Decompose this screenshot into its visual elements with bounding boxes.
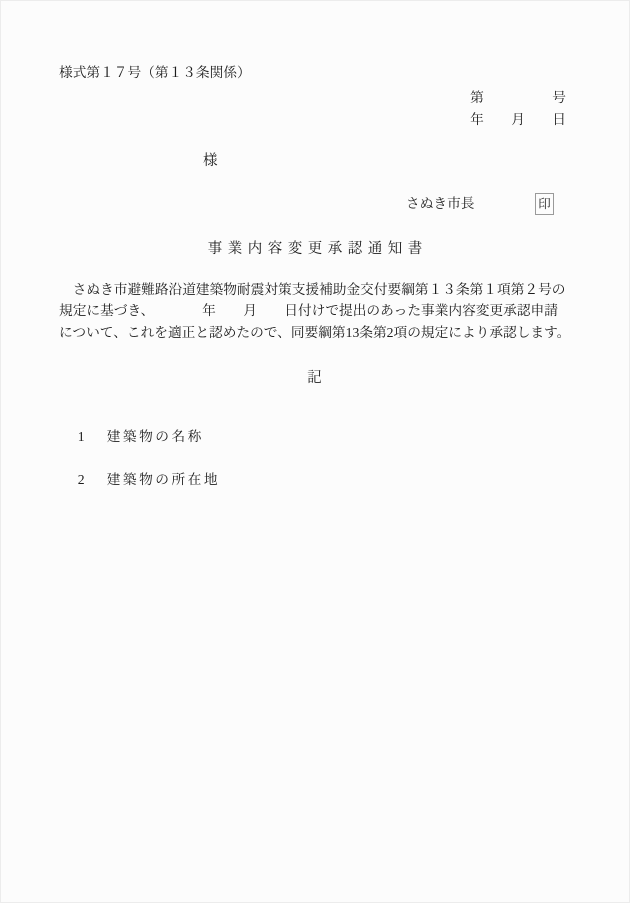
- sender-title: さぬき市長: [406, 195, 474, 212]
- record-marker: 記: [1, 366, 629, 387]
- notice-document-page: 様式第１７号（第１３条関係） 第 号 年 月 日 様 さぬき市長 印 事業内容変…: [0, 0, 630, 903]
- list-item-building-location: 2建築物の所在地: [64, 452, 220, 504]
- body-line: について、これを適正と認めたので、同要綱第13条第2項の規定により承認します。: [59, 322, 577, 343]
- addressee-honorific: 様: [203, 152, 218, 170]
- body-paragraph: さぬき市避難路沿道建築物耐震対策支援補助金交付要綱第１３条第１項第２号の 規定に…: [59, 279, 577, 343]
- seal-label: 印: [538, 198, 551, 211]
- document-number-blank-line: 第 号: [470, 89, 566, 106]
- body-line: さぬき市避難路沿道建築物耐震対策支援補助金交付要綱第１３条第１項第２号の: [59, 279, 577, 300]
- date-blank-line: 年 月 日: [470, 111, 566, 128]
- item-number: 1: [78, 429, 86, 445]
- form-number: 様式第１７号（第１３条関係）: [59, 64, 251, 81]
- seal-placeholder-box: 印: [535, 193, 554, 215]
- item-label: 建築物の所在地: [107, 472, 220, 487]
- body-line: 規定に基づき、 年 月 日付けで提出のあった事業内容変更承認申請: [59, 300, 577, 321]
- page-title: 事業内容変更承認通知書: [1, 237, 629, 258]
- item-number: 2: [78, 472, 86, 488]
- item-label: 建築物の名称: [107, 429, 204, 444]
